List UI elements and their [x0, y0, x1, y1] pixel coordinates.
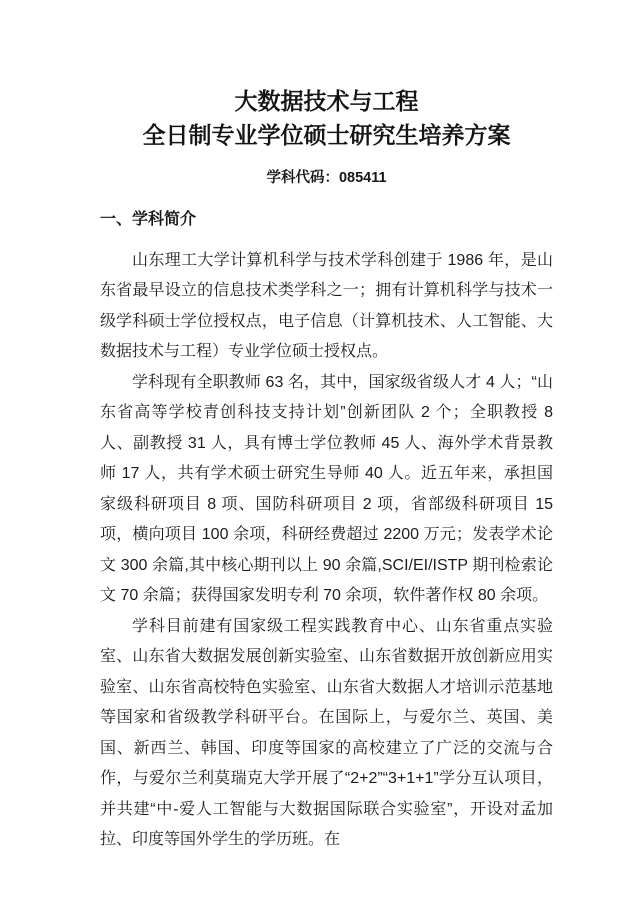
subject-code: 学科代码：085411: [100, 167, 553, 189]
paragraph-1: 山东理工大学计算机科学与技术学科创建于 1986 年，是山东省最早设立的信息技术…: [100, 246, 553, 368]
section-body: 山东理工大学计算机科学与技术学科创建于 1986 年，是山东省最早设立的信息技术…: [100, 246, 553, 856]
document-page: 大数据技术与工程 全日制专业学位硕士研究生培养方案 学科代码：085411 一、…: [0, 0, 639, 905]
paragraph-2: 学科现有全职教师 63 名，其中，国家级省级人才 4 人；“山东省高等学校青创科…: [100, 368, 553, 612]
section-heading-subject-intro: 一、学科简介: [100, 208, 553, 232]
doc-title-line-2: 全日制专业学位硕士研究生培养方案: [100, 118, 553, 152]
paragraph-3: 学科目前建有国家级工程实践教育中心、山东省重点实验室、山东省大数据发展创新实验室…: [100, 612, 553, 856]
doc-title: 大数据技术与工程 全日制专业学位硕士研究生培养方案: [100, 84, 553, 152]
doc-title-line-1: 大数据技术与工程: [100, 84, 553, 118]
